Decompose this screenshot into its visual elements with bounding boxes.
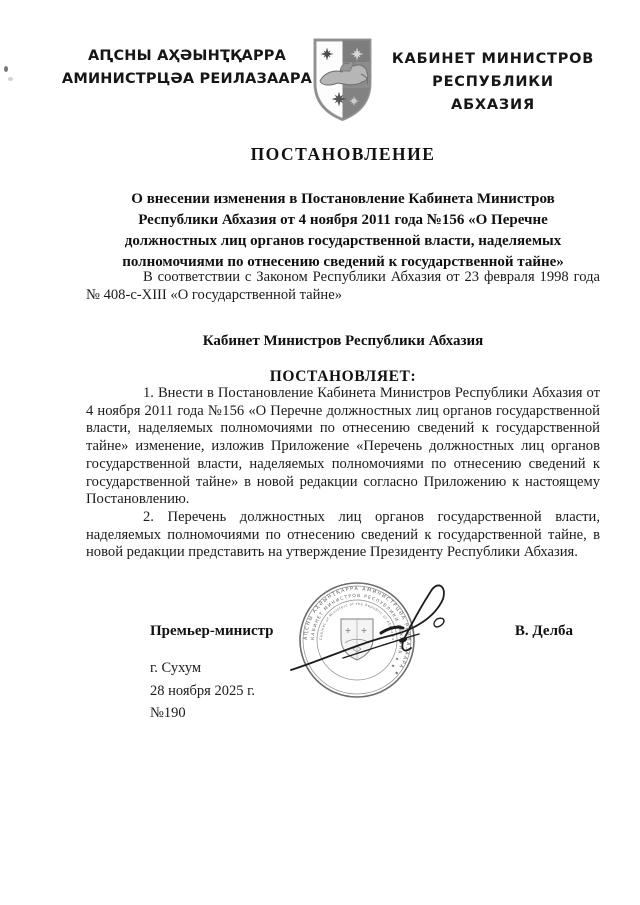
org-name-abkhaz-line2: АМИНИСТРЦӘА РЕИЛАЗААРА [58, 68, 316, 91]
scan-speck [4, 66, 8, 72]
preamble-paragraph: В соответствии с Законом Республики Абха… [86, 268, 600, 304]
org-name-abkhaz-line1: АԤСНЫ АҲӘЫНҬҚАРРА [58, 45, 316, 68]
org-name-abkhaz: АԤСНЫ АҲӘЫНҬҚАРРА АМИНИСТРЦӘА РЕИЛАЗААРА [58, 45, 316, 91]
org-name-russian-line2: РЕСПУБЛИКИ АБХАЗИЯ [388, 71, 598, 117]
decree-paragraph-1: 1. Внести в Постановление Кабинета Минис… [86, 385, 600, 509]
coat-of-arms-icon [311, 36, 374, 122]
subject-line: О внесении изменения в Постановление Каб… [86, 189, 600, 210]
org-name-russian-line1: КАБИНЕТ МИНИСТРОВ [388, 48, 598, 71]
subject-line: Республики Абхазия от 4 ноября 2011 года… [86, 210, 600, 231]
resolves-heading: ПОСТАНОВЛЯЕТ: [86, 368, 600, 386]
issue-date: 28 ноября 2025 г. [150, 683, 255, 700]
official-seal-and-signature: АԤСНЫ АҲӘЫНҬҚАРРА АМИНИСТРЦӘА РЕИЛАЗААРА… [285, 577, 465, 707]
signer-position: Премьер-министр [150, 623, 274, 640]
document-subject: О внесении изменения в Постановление Каб… [86, 189, 600, 273]
issuing-body-heading: Кабинет Министров Республики Абхазия [86, 333, 600, 350]
org-name-russian: КАБИНЕТ МИНИСТРОВ РЕСПУБЛИКИ АБХАЗИЯ [388, 48, 598, 117]
issue-place: г. Сухум [150, 660, 201, 677]
decree-paragraph-2: 2. Перечень должностных лиц органов госу… [86, 509, 600, 562]
scan-speck [8, 77, 13, 81]
subject-line: должностных лиц органов государственной … [86, 231, 600, 252]
document-title: ПОСТАНОВЛЕНИЕ [86, 144, 600, 165]
decree-body: 1. Внести в Постановление Кабинета Минис… [86, 385, 600, 562]
decree-number: №190 [150, 705, 186, 722]
decree-document-page: АԤСНЫ АҲӘЫНҬҚАРРА АМИНИСТРЦӘА РЕИЛАЗААРА [0, 0, 640, 905]
signer-name: В. Делба [515, 623, 573, 640]
